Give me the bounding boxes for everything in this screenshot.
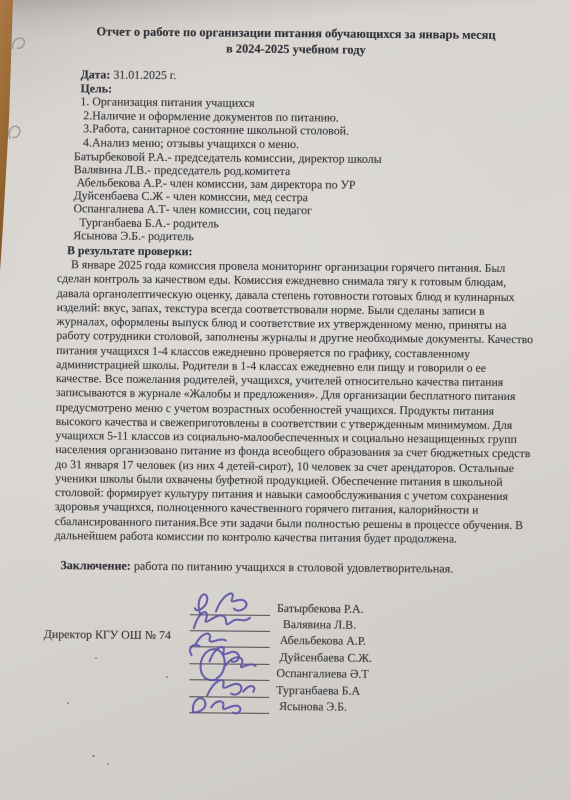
signatory-name: Батырбекова Р.А. (277, 601, 364, 617)
signatory-name: Валявина Л.В. (283, 617, 356, 633)
commission-list: Батырбековой Р.А.- председатель комиссии… (73, 150, 570, 247)
signature-section: Директор КГУ ОШ № 74 Батырбекова Р.А. (0, 597, 568, 752)
document-photo: Отчет о работе по организации питания об… (0, 0, 570, 800)
signature-row: Ясынова Э.Б. (189, 697, 368, 715)
conclusion-line: Заключение: работа по питанию учащихся в… (60, 558, 530, 577)
director-label: Директор КГУ ОШ № 74 (44, 627, 171, 643)
paper-speck (107, 763, 109, 765)
report-meta: Дата: 31.01.2025 г. Цель: 1. Организация… (80, 68, 570, 154)
paper-speck (92, 755, 95, 757)
report-document: Отчет о работе по организации питания об… (0, 0, 570, 752)
signatory-name: Ясынова Э.Б. (279, 699, 347, 715)
signature-column: Батырбекова Р.А. Валявина Л.В. (189, 598, 369, 714)
conclusion-label: Заключение: (60, 558, 131, 573)
date-value: 31.01.2025 г. (113, 68, 176, 83)
results-paragraph: В январе 2025 года комиссия провела мони… (55, 257, 535, 546)
report-title: Отчет о работе по организации питания об… (61, 23, 531, 59)
date-label: Дата: (81, 67, 111, 81)
conclusion-text: работа по питанию учащихся в столовой уд… (131, 559, 454, 576)
signatory-name: Абельбекова А.Р. (280, 633, 366, 649)
signature-scribble-icon (183, 686, 275, 719)
signature-line (189, 700, 269, 714)
results-section: В результате проверки: В январе 2025 год… (55, 243, 536, 546)
signatory-name: Дуйсенбаева С.Ж. (280, 650, 372, 666)
signatory-name: Оспангалиева Ә.Т (276, 666, 368, 682)
signatory-name: Турганбаева Б.А (276, 683, 360, 699)
